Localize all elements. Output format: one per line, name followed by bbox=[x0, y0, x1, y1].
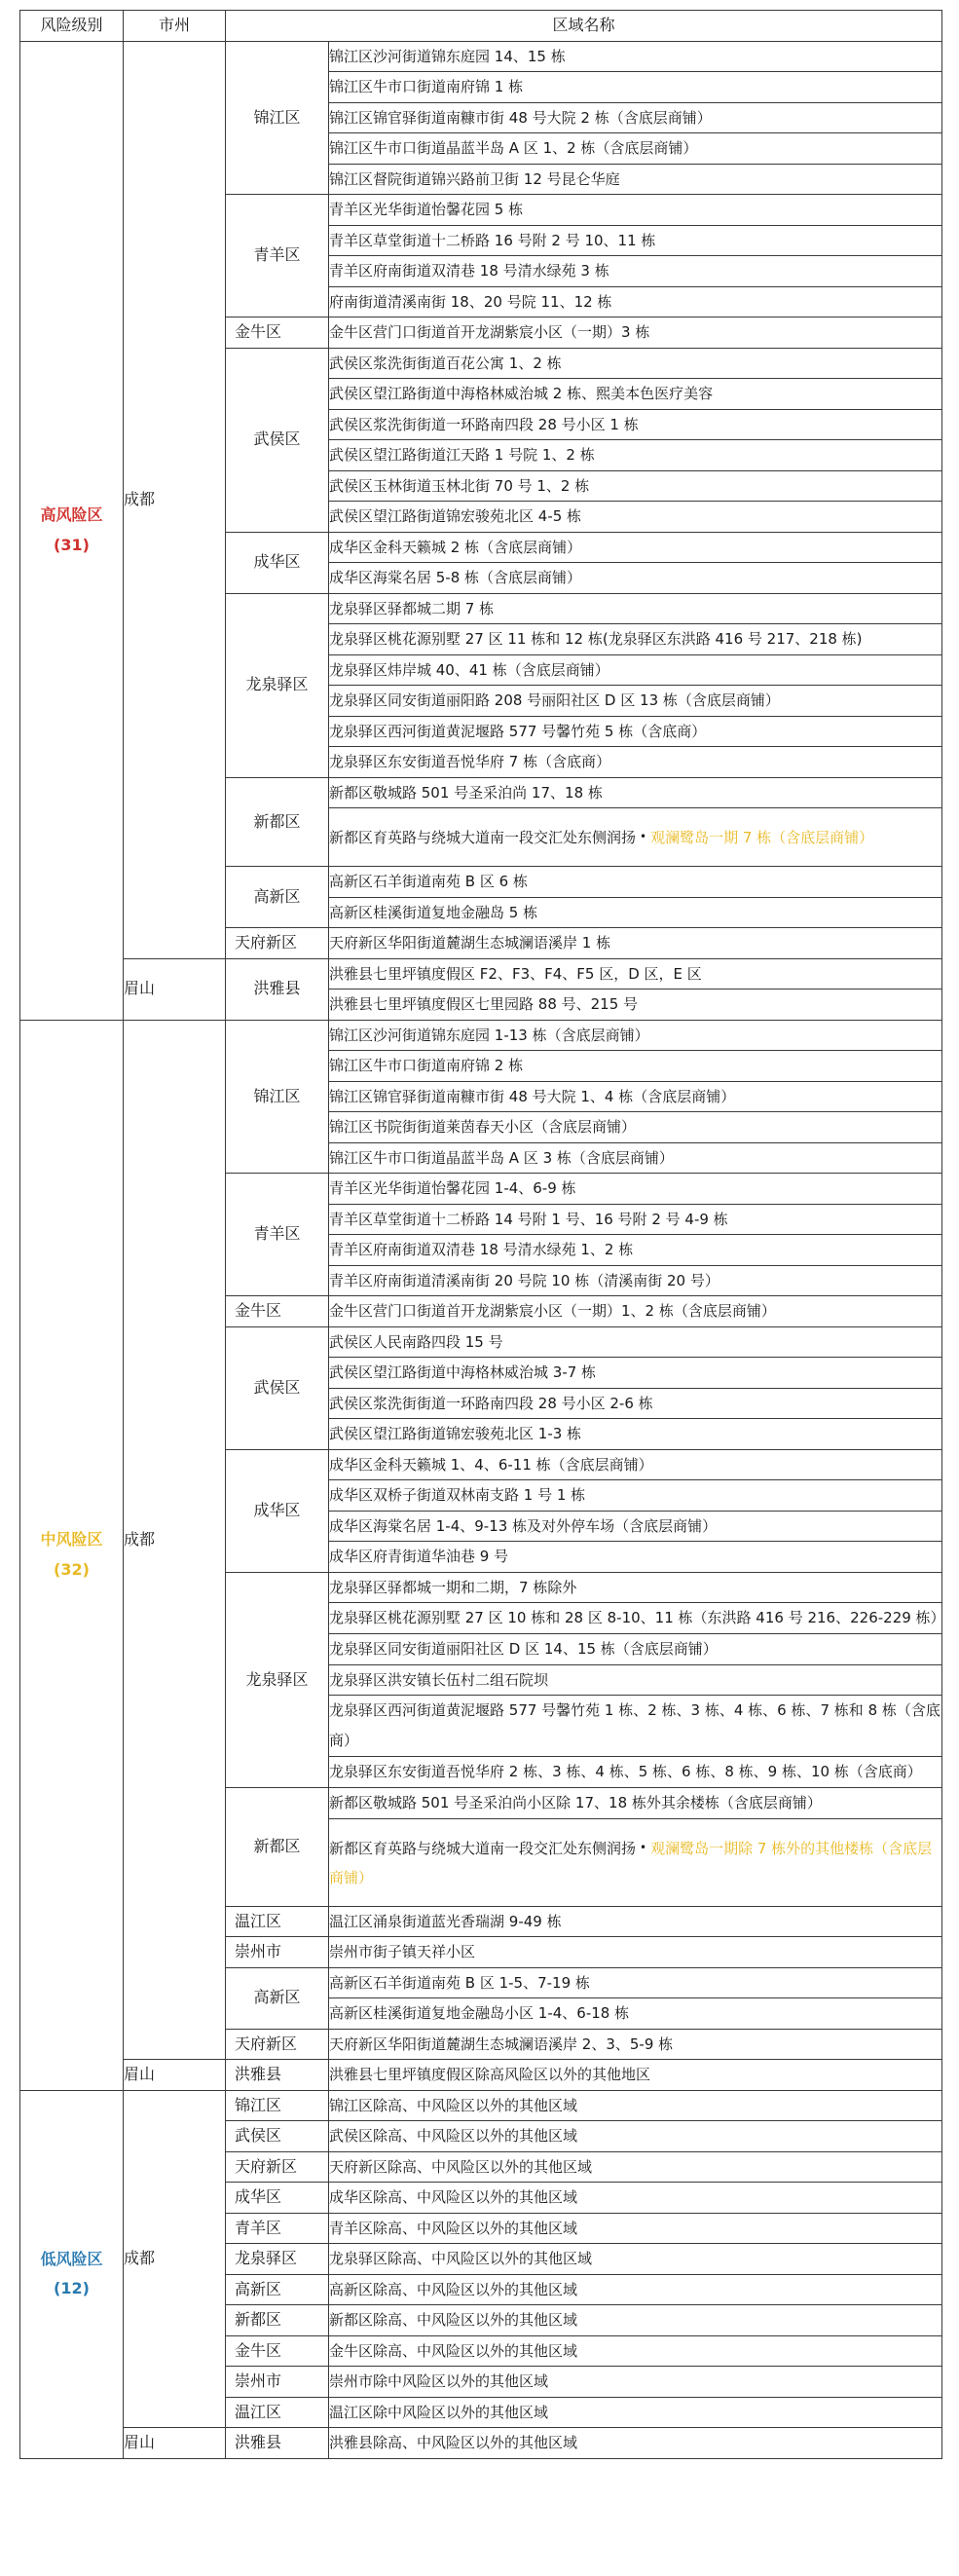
area-name: 崇州市街子镇天祥小区 bbox=[329, 1937, 942, 1968]
area-name: 龙泉驿区驿都城二期 7 栋 bbox=[329, 593, 942, 624]
area-name: 成华区除高、中风险区以外的其他区域 bbox=[329, 2183, 942, 2214]
area-name: 青羊区府南街道清溪南街 20 号院 10 栋（清溪南街 20 号） bbox=[329, 1265, 942, 1296]
area-name: 温江区涌泉街道蓝光香瑞湖 9-49 栋 bbox=[329, 1906, 942, 1937]
risk-level-low: 低风险区 (12) bbox=[20, 2090, 124, 2458]
header-risk-level: 风险级别 bbox=[20, 11, 124, 42]
district-name: 新都区 bbox=[226, 2305, 329, 2336]
area-name: 青羊区除高、中风险区以外的其他区域 bbox=[329, 2213, 942, 2244]
district-name: 成华区 bbox=[226, 2183, 329, 2214]
area-name: 龙泉驿区东安街道吾悦华府 2 栋、3 栋、4 栋、5 栋、6 栋、8 栋、9 栋… bbox=[329, 1757, 942, 1788]
area-prefix: 新都区育英路与绕城大道南一段交汇处东侧润扬 bbox=[329, 829, 636, 846]
area-name: 高新区除高、中风险区以外的其他区域 bbox=[329, 2274, 942, 2305]
risk-level-label: 低风险区 bbox=[20, 2245, 123, 2275]
district-wuhou: 武侯区 bbox=[226, 1326, 329, 1449]
area-name: 青羊区草堂街道十二桥路 16 号附 2 号 10、11 栋 bbox=[329, 225, 942, 256]
area-name: 洪雅县七里坪镇度假区 F2、F3、F4、F5 区，D 区，E 区 bbox=[329, 958, 942, 989]
table-row: 低风险区 (12) 成都 锦江区 锦江区除高、中风险区以外的其他区域 bbox=[20, 2090, 942, 2121]
bullet-icon: • bbox=[640, 1841, 646, 1854]
area-name: 洪雅县除高、中风险区以外的其他区域 bbox=[329, 2428, 942, 2459]
area-name: 锦江区督院街道锦兴路前卫街 12 号昆仑华庭 bbox=[329, 164, 942, 195]
area-name: 温江区除中风险区以外的其他区域 bbox=[329, 2397, 942, 2428]
district-longquanyi: 龙泉驿区 bbox=[226, 1572, 329, 1788]
area-name: 青羊区府南街道双清巷 18 号清水绿苑 3 栋 bbox=[329, 256, 942, 287]
area-name: 青羊区光华街道怡馨花园 1-4、6-9 栋 bbox=[329, 1174, 942, 1205]
city-meishan: 眉山 bbox=[124, 958, 226, 1020]
district-tianfu: 天府新区 bbox=[226, 928, 329, 959]
area-name: 天府新区华阳街道麓湖生态城澜语溪岸 2、3、5-9 栋 bbox=[329, 2029, 942, 2060]
area-name: 高新区石羊街道南苑 B 区 6 栋 bbox=[329, 867, 942, 898]
city-meishan: 眉山 bbox=[124, 2060, 226, 2091]
area-name: 青羊区府南街道双清巷 18 号清水绿苑 1、2 栋 bbox=[329, 1235, 942, 1266]
area-name: 龙泉驿区桃花源别墅 27 区 11 栋和 12 栋(龙泉驿区东洪路 416 号 … bbox=[329, 624, 942, 655]
district-qingyang: 青羊区 bbox=[226, 1174, 329, 1296]
district-chenghua: 成华区 bbox=[226, 532, 329, 593]
risk-level-count: (31) bbox=[20, 531, 123, 561]
area-name: 金牛区营门口街道首开龙湖紫宸小区（一期）1、2 栋（含底层商铺） bbox=[329, 1296, 942, 1327]
city-chengdu: 成都 bbox=[124, 2090, 226, 2428]
district-xindu: 新都区 bbox=[226, 1788, 329, 1907]
header-city: 市州 bbox=[124, 11, 226, 42]
district-name: 洪雅县 bbox=[226, 2428, 329, 2459]
area-name: 成华区双桥子街道双林南支路 1 号 1 栋 bbox=[329, 1480, 942, 1512]
bullet-icon: • bbox=[640, 830, 646, 843]
area-name: 锦江区牛市口街道南府锦 2 栋 bbox=[329, 1051, 942, 1082]
area-name: 武侯区浆洗街街道百花公寓 1、2 栋 bbox=[329, 348, 942, 379]
area-name: 锦江区锦官驿街道南糠市街 48 号大院 2 栋（含底层商铺） bbox=[329, 102, 942, 133]
city-meishan: 眉山 bbox=[124, 2428, 226, 2459]
district-name: 青羊区 bbox=[226, 2213, 329, 2244]
area-name: 成华区海棠名居 1-4、9-13 栋及对外停车场（含底层商铺） bbox=[329, 1511, 942, 1542]
city-chengdu: 成都 bbox=[124, 41, 226, 958]
area-name: 成华区海棠名居 5-8 栋（含底层商铺） bbox=[329, 563, 942, 594]
area-prefix: 新都区育英路与绕城大道南一段交汇处东侧润扬 bbox=[329, 1840, 636, 1857]
area-name: 武侯区玉林街道玉林北街 70 号 1、2 栋 bbox=[329, 470, 942, 502]
risk-level-label: 中风险区 bbox=[20, 1525, 123, 1555]
district-xindu: 新都区 bbox=[226, 777, 329, 867]
area-name: 新都区敬城路 501 号圣采泊尚小区除 17、18 栋外其余楼栋（含底层商铺） bbox=[329, 1788, 942, 1819]
area-name: 新都区除高、中风险区以外的其他区域 bbox=[329, 2305, 942, 2336]
district-name: 崇州市 bbox=[226, 2367, 329, 2398]
district-name: 天府新区 bbox=[226, 2151, 329, 2183]
area-name: 成华区金科天籁城 2 栋（含底层商铺） bbox=[329, 532, 942, 563]
area-name: 武侯区除高、中风险区以外的其他区域 bbox=[329, 2121, 942, 2152]
area-name: 新都区育英路与绕城大道南一段交汇处东侧润扬•观澜鹭岛一期除 7 栋外的其他楼栋（… bbox=[329, 1818, 942, 1906]
area-name: 成华区金科天籁城 1、4、6-11 栋（含底层商铺） bbox=[329, 1449, 942, 1480]
area-name: 武侯区人民南路四段 15 号 bbox=[329, 1326, 942, 1358]
area-name: 锦江区沙河街道锦东庭园 14、15 栋 bbox=[329, 41, 942, 72]
risk-area-table: 风险级别 市州 区域名称 高风险区 (31) 成都 锦江区 锦江区沙河街道锦东庭… bbox=[19, 10, 942, 2459]
area-name: 武侯区浆洗街街道一环路南四段 28 号小区 2-6 栋 bbox=[329, 1388, 942, 1419]
area-name: 天府新区华阳街道麓湖生态城澜语溪岸 1 栋 bbox=[329, 928, 942, 959]
district-jinniu: 金牛区 bbox=[226, 317, 329, 349]
risk-level-mid: 中风险区 (32) bbox=[20, 1020, 124, 2090]
district-tianfu: 天府新区 bbox=[226, 2029, 329, 2060]
district-jinjiang: 锦江区 bbox=[226, 1020, 329, 1174]
area-name: 龙泉驿区桃花源别墅 27 区 10 栋和 28 区 8-10、11 栋（东洪路 … bbox=[329, 1603, 942, 1634]
district-hongya: 洪雅县 bbox=[226, 2060, 329, 2091]
area-name: 崇州市除中风险区以外的其他区域 bbox=[329, 2367, 942, 2398]
area-name: 锦江区书院街街道莱茵春天小区（含底层商铺） bbox=[329, 1112, 942, 1143]
district-gaoxin: 高新区 bbox=[226, 1967, 329, 2029]
area-name: 洪雅县七里坪镇度假区除高风险区以外的其他地区 bbox=[329, 2060, 942, 2091]
area-name: 武侯区望江路街道中海格林威治城 2 栋、熙美本色医疗美容 bbox=[329, 379, 942, 410]
area-name: 锦江区牛市口街道晶蓝半岛 A 区 3 栋（含底层商铺） bbox=[329, 1142, 942, 1174]
area-name: 锦江区牛市口街道晶蓝半岛 A 区 1、2 栋（含底层商铺） bbox=[329, 133, 942, 165]
area-name: 武侯区望江路街道中海格林威治城 3-7 栋 bbox=[329, 1358, 942, 1389]
district-chongzhou: 崇州市 bbox=[226, 1937, 329, 1968]
area-name: 龙泉驿区同安街道丽阳社区 D 区 14、15 栋（含底层商铺） bbox=[329, 1634, 942, 1665]
area-name: 龙泉驿区洪安镇长伍村二组石院坝 bbox=[329, 1664, 942, 1696]
district-name: 温江区 bbox=[226, 2397, 329, 2428]
table-header-row: 风险级别 市州 区域名称 bbox=[20, 11, 942, 42]
district-hongya: 洪雅县 bbox=[226, 958, 329, 1020]
table-row: 眉山 洪雅县 洪雅县七里坪镇度假区 F2、F3、F4、F5 区，D 区，E 区 bbox=[20, 958, 942, 989]
risk-level-count: (32) bbox=[20, 1555, 123, 1586]
city-chengdu: 成都 bbox=[124, 1020, 226, 2060]
table-row: 高风险区 (31) 成都 锦江区 锦江区沙河街道锦东庭园 14、15 栋 bbox=[20, 41, 942, 72]
area-name: 龙泉驿区炜岸城 40、41 栋（含底层商铺） bbox=[329, 654, 942, 686]
area-name: 龙泉驿区同安街道丽阳路 208 号丽阳社区 D 区 13 栋（含底层商铺） bbox=[329, 686, 942, 717]
district-longquanyi: 龙泉驿区 bbox=[226, 593, 329, 777]
district-gaoxin: 高新区 bbox=[226, 867, 329, 928]
area-name: 金牛区除高、中风险区以外的其他区域 bbox=[329, 2335, 942, 2367]
district-jinjiang: 锦江区 bbox=[226, 41, 329, 195]
district-name: 武侯区 bbox=[226, 2121, 329, 2152]
district-qingyang: 青羊区 bbox=[226, 195, 329, 317]
header-area-name: 区域名称 bbox=[226, 11, 942, 42]
area-name: 龙泉驿区西河街道黄泥堰路 577 号馨竹苑 1 栋、2 栋、3 栋、4 栋、6 … bbox=[329, 1696, 942, 1757]
area-name: 武侯区望江路街道锦宏骏苑北区 4-5 栋 bbox=[329, 502, 942, 533]
area-name: 天府新区除高、中风险区以外的其他区域 bbox=[329, 2151, 942, 2183]
area-name: 府南街道清溪南街 18、20 号院 11、12 栋 bbox=[329, 286, 942, 317]
area-name: 武侯区浆洗街街道一环路南四段 28 号小区 1 栋 bbox=[329, 409, 942, 440]
area-name: 金牛区营门口街道首开龙湖紫宸小区（一期）3 栋 bbox=[329, 317, 942, 349]
area-name: 武侯区望江路街道锦宏骏苑北区 1-3 栋 bbox=[329, 1419, 942, 1450]
district-chenghua: 成华区 bbox=[226, 1449, 329, 1572]
area-name: 洪雅县七里坪镇度假区七里园路 88 号、215 号 bbox=[329, 989, 942, 1021]
table-row: 眉山 洪雅县 洪雅县除高、中风险区以外的其他区域 bbox=[20, 2428, 942, 2459]
area-name: 新都区育英路与绕城大道南一段交汇处东侧润扬•观澜鹭岛一期 7 栋（含底层商铺） bbox=[329, 808, 942, 867]
highlighted-area: 观澜鹭岛一期 7 栋（含底层商铺） bbox=[650, 829, 873, 846]
area-name: 锦江区沙河街道锦东庭园 1-13 栋（含底层商铺） bbox=[329, 1020, 942, 1051]
district-name: 高新区 bbox=[226, 2274, 329, 2305]
risk-level-count: (12) bbox=[20, 2274, 123, 2304]
district-wuhou: 武侯区 bbox=[226, 348, 329, 532]
table-row: 中风险区 (32) 成都 锦江区 锦江区沙河街道锦东庭园 1-13 栋（含底层商… bbox=[20, 1020, 942, 1051]
area-name: 青羊区光华街道怡馨花园 5 栋 bbox=[329, 195, 942, 226]
risk-level-high: 高风险区 (31) bbox=[20, 41, 124, 1020]
area-name: 青羊区草堂街道十二桥路 14 号附 1 号、16 号附 2 号 4-9 栋 bbox=[329, 1204, 942, 1235]
area-name: 高新区桂溪街道复地金融岛小区 1-4、6-18 栋 bbox=[329, 1998, 942, 2030]
area-name: 龙泉驿区除高、中风险区以外的其他区域 bbox=[329, 2244, 942, 2275]
district-name: 金牛区 bbox=[226, 2335, 329, 2367]
district-wenjiang: 温江区 bbox=[226, 1906, 329, 1937]
area-name: 武侯区望江路街道江天路 1 号院 1、2 栋 bbox=[329, 440, 942, 471]
district-jinniu: 金牛区 bbox=[226, 1296, 329, 1327]
area-name: 锦江区锦官驿街道南糠市街 48 号大院 1、4 栋（含底层商铺） bbox=[329, 1081, 942, 1112]
district-name: 龙泉驿区 bbox=[226, 2244, 329, 2275]
area-name: 高新区石羊街道南苑 B 区 1-5、7-19 栋 bbox=[329, 1967, 942, 1998]
area-name: 新都区敬城路 501 号圣采泊尚 17、18 栋 bbox=[329, 777, 942, 808]
area-name: 锦江区牛市口街道南府锦 1 栋 bbox=[329, 72, 942, 103]
area-name: 成华区府青街道华油巷 9 号 bbox=[329, 1542, 942, 1573]
district-name: 锦江区 bbox=[226, 2090, 329, 2121]
risk-level-label: 高风险区 bbox=[20, 501, 123, 531]
area-name: 高新区桂溪街道复地金融岛 5 栋 bbox=[329, 897, 942, 928]
area-name: 龙泉驿区驿都城一期和二期，7 栋除外 bbox=[329, 1572, 942, 1603]
area-name: 龙泉驿区东安街道吾悦华府 7 栋（含底商） bbox=[329, 747, 942, 778]
area-name: 龙泉驿区西河街道黄泥堰路 577 号馨竹苑 5 栋（含底商） bbox=[329, 716, 942, 747]
area-name: 锦江区除高、中风险区以外的其他区域 bbox=[329, 2090, 942, 2121]
table-row: 眉山 洪雅县 洪雅县七里坪镇度假区除高风险区以外的其他地区 bbox=[20, 2060, 942, 2091]
